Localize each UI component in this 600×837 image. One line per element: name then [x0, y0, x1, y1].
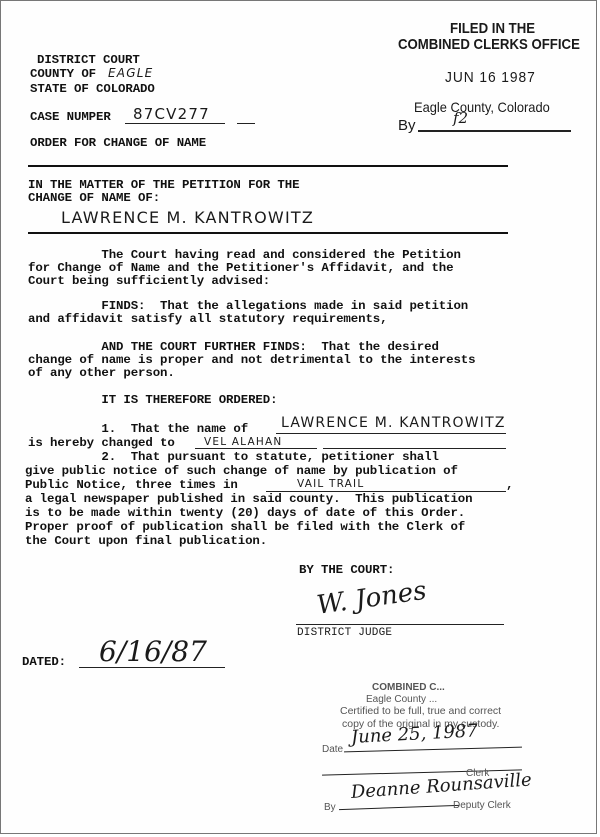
item1-new-name: VEL ALAHAN — [204, 436, 282, 448]
item1-line2-prefix: is hereby changed to — [28, 437, 175, 451]
document-title: ORDER FOR CHANGE OF NAME — [30, 137, 206, 151]
deputy-signature: Deanne Rounsaville — [350, 769, 532, 803]
cert-line3: Certified to be full, true and correct — [340, 705, 501, 717]
item2-rest-line-3: Proper proof of publication shall be fil… — [25, 521, 465, 535]
item2-rest-line-2: is to be made within twenty (20) days of… — [25, 507, 465, 521]
by-the-court: BY THE COURT: — [299, 564, 394, 578]
judge-signature-line — [296, 624, 504, 625]
item2-pub-prefix: Public Notice, three times in — [25, 479, 238, 493]
petitioner-name: LAWRENCE M. KANTROWITZ — [61, 208, 314, 227]
judge-title: DISTRICT JUDGE — [297, 627, 392, 639]
item2-rest-line-4: the Court upon final publication. — [25, 535, 267, 549]
item1-old-name: LAWRENCE M. KANTROWITZ — [281, 415, 506, 431]
case-number-value: 87CV277 — [133, 105, 210, 123]
item1-new-name-line-2 — [323, 448, 506, 449]
cert-line1: COMBINED C... — [372, 682, 445, 693]
state-name: STATE OF COLORADO — [30, 83, 155, 97]
dated-line — [79, 667, 225, 668]
filing-stamp-line2: COMBINED CLERKS OFFICE — [398, 36, 580, 53]
petitioner-divider — [28, 232, 508, 234]
cert-by-label: By — [324, 802, 336, 813]
item1-old-name-line — [276, 433, 506, 434]
item2-line-1: 2. That pursuant to statute, petitioner … — [28, 451, 439, 465]
item2-pub-suffix: , — [506, 479, 513, 493]
cert-line2: Eagle County ... — [366, 694, 437, 705]
cert-by-line — [339, 805, 459, 810]
court-order-document: FILED IN THE COMBINED CLERKS OFFICE JUN … — [0, 0, 597, 834]
filing-stamp-date: JUN 16 1987 — [445, 69, 536, 86]
case-number-label: CASE NUMPER — [30, 111, 111, 125]
county-value: EAGLE — [108, 66, 153, 80]
dated-label: DATED: — [22, 656, 66, 670]
cert-date-line — [344, 747, 522, 753]
item2-rest-line-1: a legal newspaper published in said coun… — [25, 493, 472, 507]
filing-stamp-county: Eagle County, Colorado — [414, 99, 550, 115]
intro-line-3: Court being sufficiently advised: — [28, 275, 270, 289]
item1-prefix: 1. That the name of — [28, 423, 248, 437]
filing-stamp-by-label: By — [398, 117, 416, 134]
county-label: COUNTY OF — [30, 68, 96, 82]
cert-date-label: Date — [322, 744, 343, 755]
dated-value: 6/16/87 — [99, 635, 207, 668]
judge-signature: W. Jones — [315, 576, 428, 621]
caption-divider — [28, 165, 508, 167]
further-line-3: of any other person. — [28, 367, 175, 381]
ordered-heading: IT IS THEREFORE ORDERED: — [28, 394, 277, 408]
filing-stamp-by-line — [418, 130, 571, 132]
item2-line-2: give public notice of such change of nam… — [25, 465, 458, 479]
deputy-clerk-label: Deputy Clerk — [453, 800, 511, 811]
filing-stamp-line1: FILED IN THE — [450, 20, 535, 37]
finds-line-2: and affidavit satisfy all statutory requ… — [28, 313, 387, 327]
matter-line2: CHANGE OF NAME OF: — [28, 192, 160, 206]
item1-new-name-line — [195, 448, 317, 449]
case-number-line-2 — [237, 123, 255, 124]
filing-stamp-initials: f2 — [453, 109, 468, 127]
newspaper-name: VAIL TRAIL — [297, 478, 364, 490]
case-number-line — [125, 123, 225, 124]
